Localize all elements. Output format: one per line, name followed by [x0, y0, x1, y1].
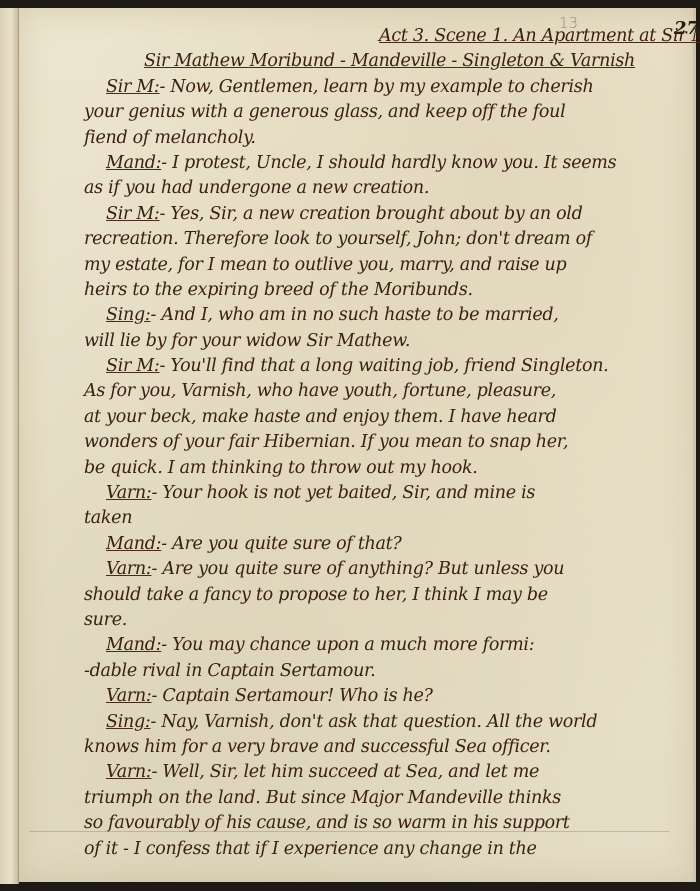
speaker-name: Mand:	[106, 153, 161, 173]
manuscript-line: Varn:- Your hook is not yet baited, Sir,…	[84, 481, 674, 506]
line-text: knows him for a very brave and successfu…	[84, 737, 551, 757]
line-text: be quick. I am thinking to throw out my …	[84, 458, 478, 478]
cast-list: Sir Mathew Moribund - Mandeville - Singl…	[84, 49, 674, 74]
manuscript-line: recreation. Therefore look to yourself, …	[84, 227, 674, 252]
manuscript-line: Sir M:- Yes, Sir, a new creation brought…	[84, 202, 674, 227]
line-text: As for you, Varnish, who have youth, for…	[84, 381, 556, 401]
manuscript-line: sure.	[84, 608, 674, 633]
manuscript-line: of it - I confess that if I experience a…	[84, 837, 674, 862]
speaker-name: Sir M:	[106, 356, 160, 376]
line-text: sure.	[84, 610, 127, 630]
manuscript-line: my estate, for I mean to outlive you, ma…	[84, 253, 674, 278]
line-text: - Now, Gentlemen, learn by my example to…	[160, 77, 594, 97]
speaker-name: Varn:	[106, 483, 152, 503]
line-text: - You may chance upon a much more formi:	[161, 635, 534, 655]
line-text: wonders of your fair Hibernian. If you m…	[84, 432, 568, 452]
manuscript-line: Sing:- And I, who am in no such haste to…	[84, 303, 674, 328]
manuscript-line: triumph on the land. But since Major Man…	[84, 786, 674, 811]
manuscript-line: be quick. I am thinking to throw out my …	[84, 456, 674, 481]
speaker-name: Sir M:	[106, 204, 160, 224]
line-text: my estate, for I mean to outlive you, ma…	[84, 255, 566, 275]
speaker-name: Mand:	[106, 534, 161, 554]
line-text: - Your hook is not yet baited, Sir, and …	[152, 483, 536, 503]
speaker-name: Varn:	[106, 686, 152, 706]
line-text: - Are you quite sure of that?	[161, 534, 401, 554]
manuscript-line: Sing:- Nay, Varnish, don't ask that ques…	[84, 710, 674, 735]
line-text: recreation. Therefore look to yourself, …	[84, 229, 592, 249]
manuscript-line: taken	[84, 506, 674, 531]
line-text: -dable rival in Captain Sertamour.	[84, 661, 375, 681]
manuscript-line: Varn:- Are you quite sure of anything? B…	[84, 557, 674, 582]
manuscript-line: Varn:- Well, Sir, let him succeed at Sea…	[84, 760, 674, 785]
line-text: - I protest, Uncle, I should hardly know…	[161, 153, 616, 173]
line-text: - Yes, Sir, a new creation brought about…	[160, 204, 583, 224]
line-text: should take a fancy to propose to her, I…	[84, 585, 548, 605]
scene-heading: Act 3. Scene 1. An Apartment at Sir Math…	[84, 24, 674, 49]
speaker-name: Sing:	[106, 305, 150, 325]
manuscript-viewer: 13 27 Act 3. Scene 1. An Apartment at Si…	[0, 0, 700, 891]
speaker-name: Sing:	[106, 712, 150, 732]
line-text: your genius with a generous glass, and k…	[84, 102, 565, 122]
manuscript-line: Mand:- I protest, Uncle, I should hardly…	[84, 151, 674, 176]
manuscript-line: Mand:- You may chance upon a much more f…	[84, 633, 674, 658]
line-text: - And I, who am in no such haste to be m…	[150, 305, 558, 325]
speaker-name: Varn:	[106, 762, 152, 782]
line-text: taken	[84, 508, 132, 528]
manuscript-line: Mand:- Are you quite sure of that?	[84, 532, 674, 557]
manuscript-line: Sir M:- You'll find that a long waiting …	[84, 354, 674, 379]
line-text: will lie by for your widow Sir Mathew.	[84, 331, 410, 351]
line-text: of it - I confess that if I experience a…	[84, 839, 537, 859]
manuscript-line: As for you, Varnish, who have youth, for…	[84, 379, 674, 404]
line-text: - You'll find that a long waiting job, f…	[160, 356, 609, 376]
manuscript-line: should take a fancy to propose to her, I…	[84, 583, 674, 608]
line-text: as if you had undergone a new creation.	[84, 178, 429, 198]
speaker-name: Varn:	[106, 559, 152, 579]
manuscript-line: heirs to the expiring breed of the Morib…	[84, 278, 674, 303]
line-text: heirs to the expiring breed of the Morib…	[84, 280, 473, 300]
speaker-name: Mand:	[106, 635, 161, 655]
line-text: at your beck, make haste and enjoy them.…	[84, 407, 557, 427]
manuscript-line: so favourably of his cause, and is so wa…	[84, 811, 674, 836]
line-text: - Well, Sir, let him succeed at Sea, and…	[152, 762, 540, 782]
manuscript-line: fiend of melancholy.	[84, 126, 674, 151]
manuscript-line: your genius with a generous glass, and k…	[84, 100, 674, 125]
speaker-name: Sir M:	[106, 77, 160, 97]
manuscript-line: -dable rival in Captain Sertamour.	[84, 659, 674, 684]
line-text: fiend of melancholy.	[84, 128, 256, 148]
line-text: so favourably of his cause, and is so wa…	[84, 813, 570, 833]
manuscript-line: Sir M:- Now, Gentlemen, learn by my exam…	[84, 75, 674, 100]
manuscript-line: Varn:- Captain Sertamour! Who is he?	[84, 684, 674, 709]
line-text: triumph on the land. But since Major Man…	[84, 788, 561, 808]
dialogue-body: Sir M:- Now, Gentlemen, learn by my exam…	[84, 75, 674, 862]
manuscript-line: knows him for a very brave and successfu…	[84, 735, 674, 760]
manuscript-line: at your beck, make haste and enjoy them.…	[84, 405, 674, 430]
manuscript-line: wonders of your fair Hibernian. If you m…	[84, 430, 674, 455]
facing-page-edge	[0, 8, 19, 884]
line-text: - Nay, Varnish, don't ask that question.…	[150, 712, 597, 732]
manuscript-text: Act 3. Scene 1. An Apartment at Sir Math…	[84, 24, 674, 862]
line-text: - Captain Sertamour! Who is he?	[152, 686, 433, 706]
manuscript-line: will lie by for your widow Sir Mathew.	[84, 329, 674, 354]
manuscript-line: as if you had undergone a new creation.	[84, 176, 674, 201]
line-text: - Are you quite sure of anything? But un…	[152, 559, 565, 579]
